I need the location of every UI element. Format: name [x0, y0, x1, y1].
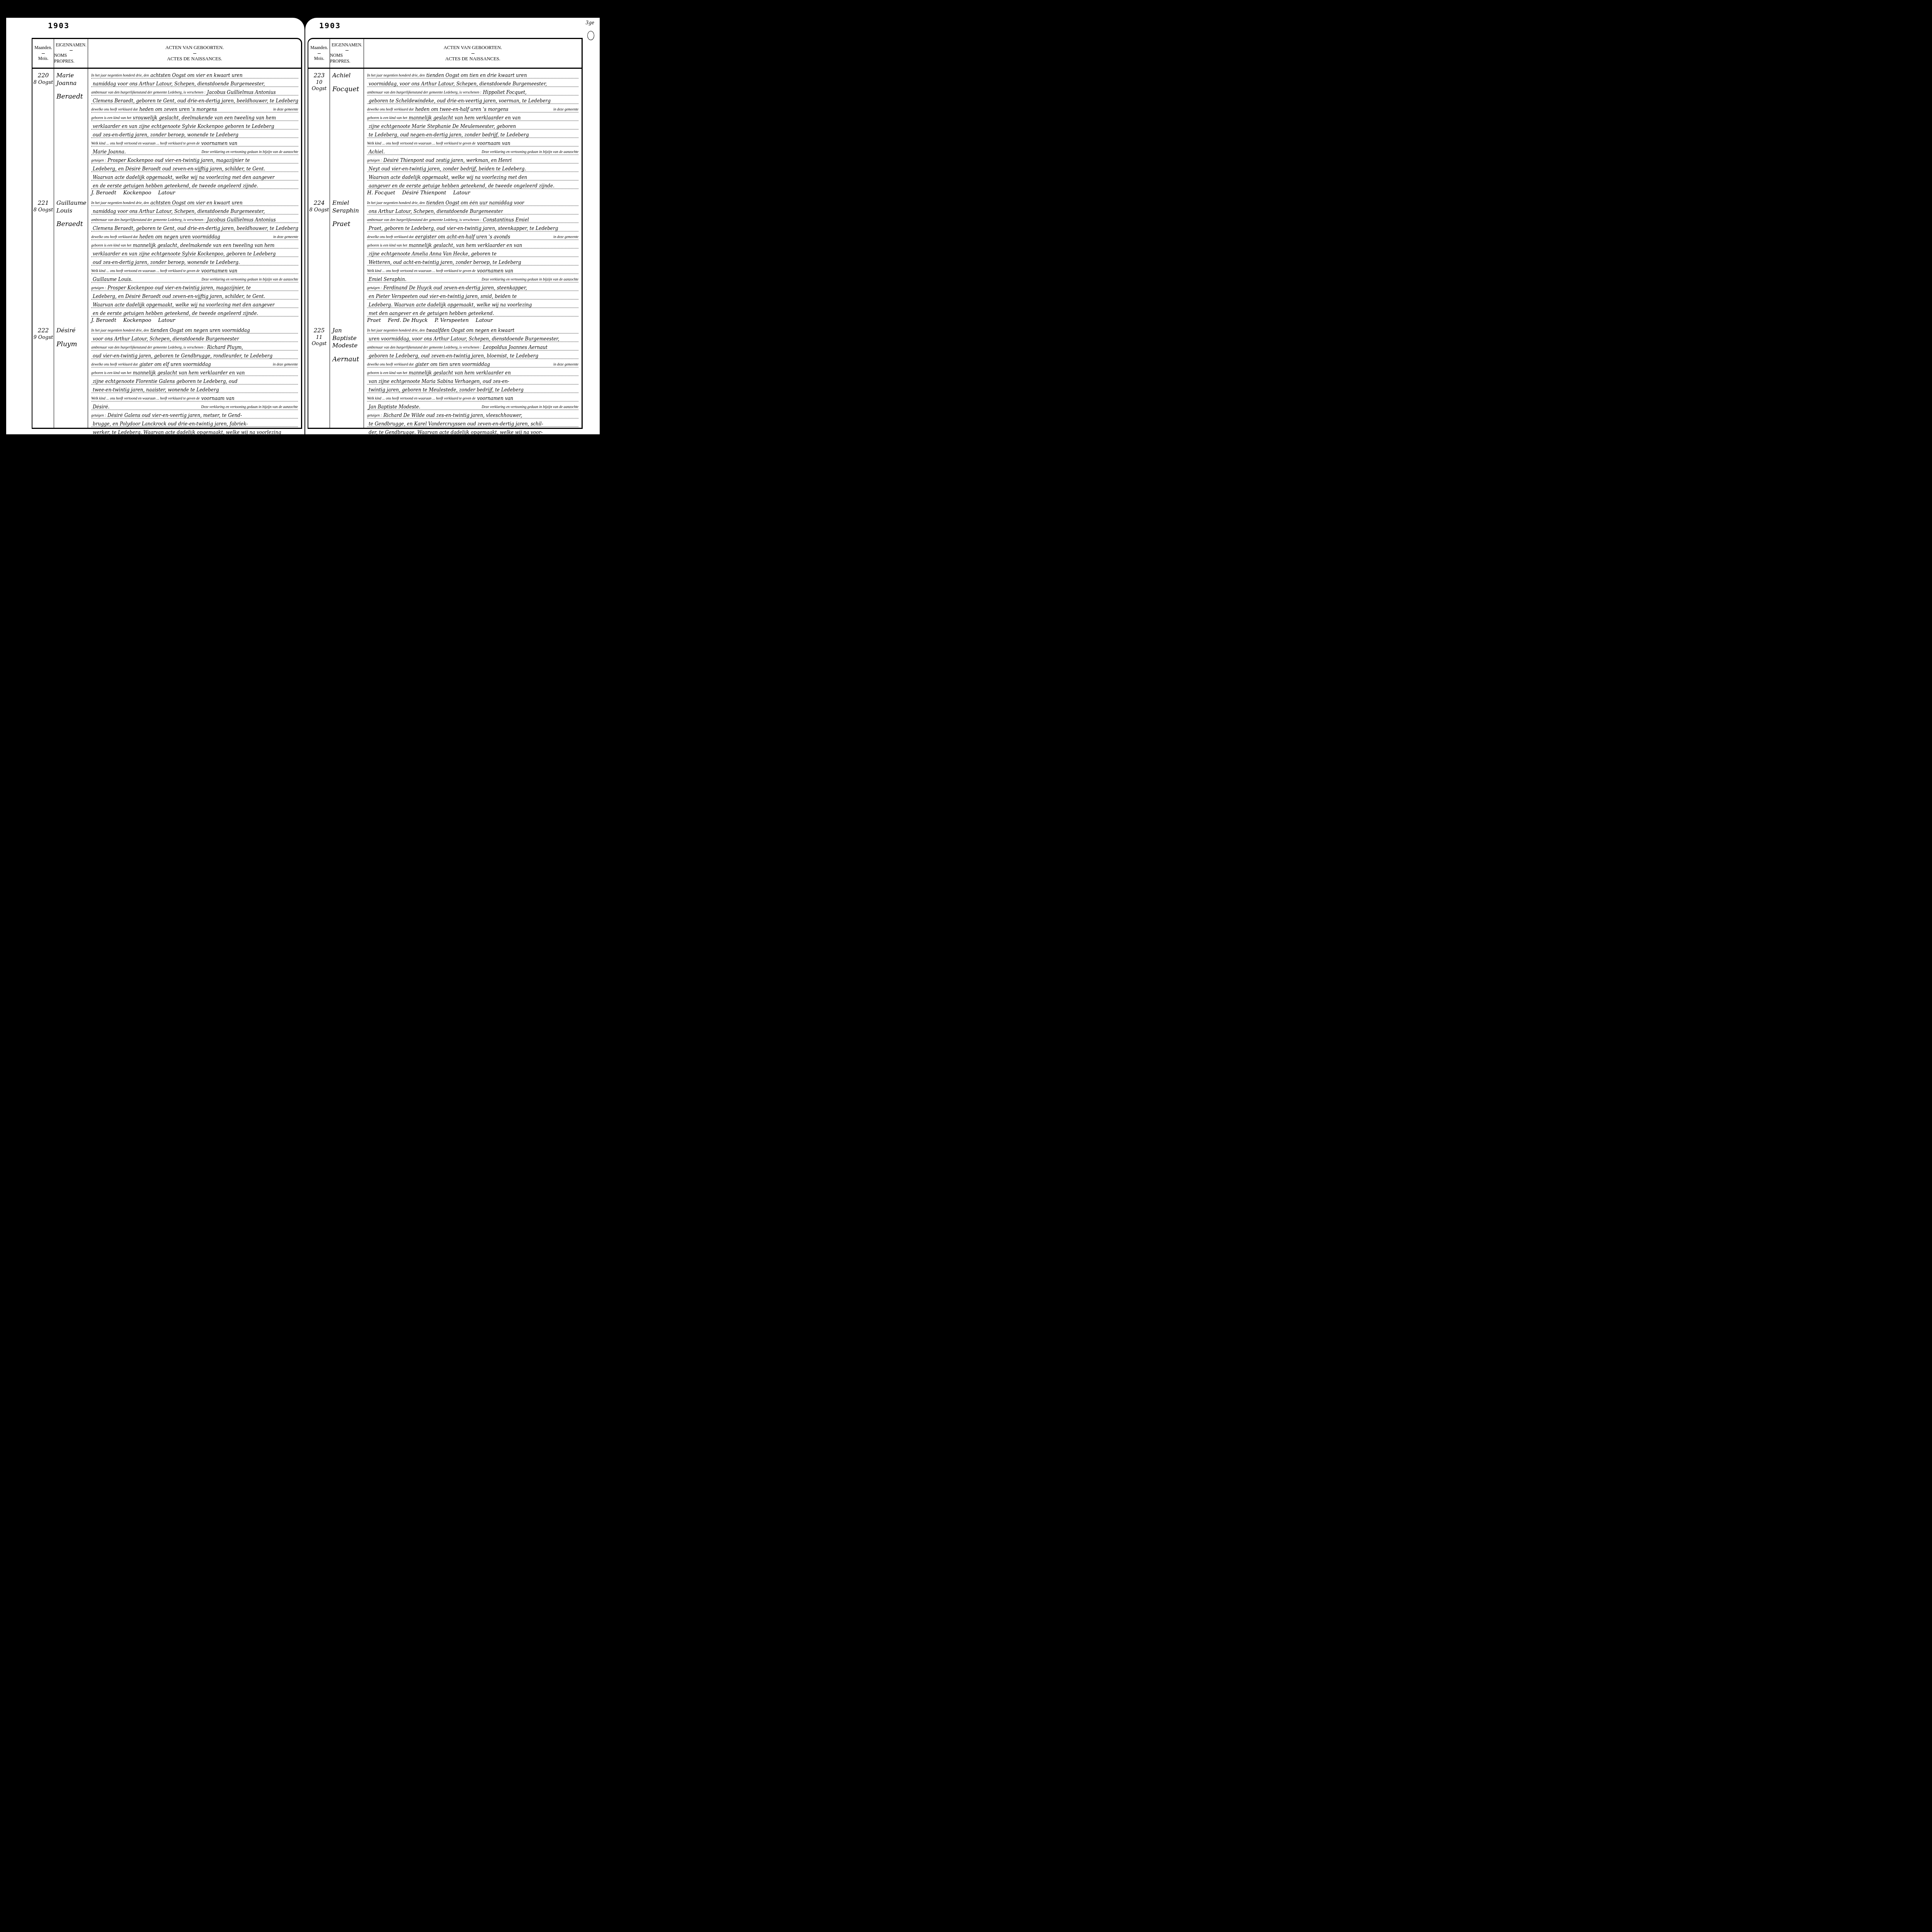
signatures: J. BeraedtKockenpooLatour — [91, 190, 298, 196]
header-acts: ACTEN VAN GEBOORTEN.ACTES DE NAISSANCES. — [88, 39, 301, 68]
given-names: Achiel — [332, 72, 350, 79]
surname: Praet — [332, 220, 362, 228]
entry-number: 222 — [38, 327, 49, 334]
given-names: Jan Baptiste Modeste — [332, 327, 357, 349]
header-acts: ACTEN VAN GEBOORTEN.ACTES DE NAISSANCES. — [364, 39, 582, 68]
left-page: 1903 Maanden.Mois. EIGENNAMEN.NOMS PROPR… — [6, 18, 304, 434]
act-text: In het jaar negentien honderd drie, dena… — [88, 69, 301, 196]
act-text: In het jaar negentien honderd drie, dena… — [88, 196, 301, 324]
surname: Beraedt — [56, 92, 87, 101]
ledger-table: Maanden.Mois. EIGENNAMEN.NOMS PROPRES. A… — [308, 38, 583, 429]
paraph-mark-icon — [587, 31, 594, 40]
given-names: Emiel Seraphin — [332, 199, 359, 214]
right-page: 1903 3ge Maanden.Mois. EIGENNAMEN.NOMS P… — [305, 18, 600, 434]
entry-date: 9 Oogst — [32, 335, 54, 341]
header-names: EIGENNAMEN.NOMS PROPRES. — [330, 39, 364, 68]
birth-entry: 22310 Oogst AchielFocquet In het jaar ne… — [308, 69, 582, 196]
act-text: In het jaar negentien honderd drie, dent… — [364, 69, 582, 196]
signatures: J. BeraedtKockenpooLatour — [91, 318, 298, 323]
entries-list: 22310 Oogst AchielFocquet In het jaar ne… — [308, 69, 582, 428]
page-year: 1903 — [48, 21, 70, 30]
birth-entry: 22511 Oogst Jan Baptiste ModesteAernaut … — [308, 324, 582, 450]
surname: Beraedt — [56, 220, 87, 228]
signatures: Leopold AernautRichard De WildeCrs F. D.… — [367, 446, 578, 450]
given-names: Marie Joanna — [56, 72, 77, 87]
header-months: Maanden.Mois. — [32, 39, 54, 68]
entry-number: 221 — [38, 199, 49, 206]
entry-number: 225 — [314, 327, 325, 334]
column-header: Maanden.Mois. EIGENNAMEN.NOMS PROPRES. A… — [308, 39, 582, 69]
entry-date: 8 Oogst — [308, 207, 330, 214]
signatures: H. FocquetDésiré ThienpontLatour — [367, 190, 578, 196]
header-names: EIGENNAMEN.NOMS PROPRES. — [54, 39, 88, 68]
given-names: Guillaume Louis — [56, 199, 87, 214]
entry-date: 11 Oogst — [308, 335, 330, 348]
act-text: In het jaar negentien honderd drie, dent… — [88, 324, 301, 450]
ledger-table: Maanden.Mois. EIGENNAMEN.NOMS PROPRES. A… — [32, 38, 302, 429]
surname: Pluym — [56, 340, 87, 349]
birth-entry: 2248 Oogst Emiel SeraphinPraet In het ja… — [308, 196, 582, 324]
margin-note: 3ge — [586, 20, 594, 26]
entry-number: 223 — [314, 72, 325, 79]
entry-number: 224 — [314, 199, 325, 206]
birth-entry: 2218 Oogst Guillaume LouisBeraedt In het… — [32, 196, 301, 324]
entry-date: 10 Oogst — [308, 80, 330, 93]
given-names: Désiré — [56, 327, 75, 334]
birth-entry: 2208 Oogst Marie JoannaBeraedt In het ja… — [32, 69, 301, 196]
act-text: In het jaar negentien honderd drie, dent… — [364, 196, 582, 324]
entry-date: 8 Oogst — [32, 207, 54, 214]
birth-entry: 2229 Oogst DésiréPluym In het jaar negen… — [32, 324, 301, 450]
act-text: In het jaar negentien honderd drie, dent… — [364, 324, 582, 450]
column-header: Maanden.Mois. EIGENNAMEN.NOMS PROPRES. A… — [32, 39, 301, 69]
entry-date: 8 Oogst — [32, 80, 54, 86]
entries-list: 2208 Oogst Marie JoannaBeraedt In het ja… — [32, 69, 301, 428]
surname: Focquet — [332, 85, 362, 94]
signatures: PraetFerd. De HuyckP. VerspeetenLatour — [367, 318, 578, 323]
entry-number: 220 — [38, 72, 49, 79]
signatures: PluymGalensLanckrockLatour — [91, 446, 298, 450]
page-year: 1903 — [319, 21, 341, 30]
surname: Aernaut — [332, 355, 362, 364]
header-months: Maanden.Mois. — [308, 39, 330, 68]
